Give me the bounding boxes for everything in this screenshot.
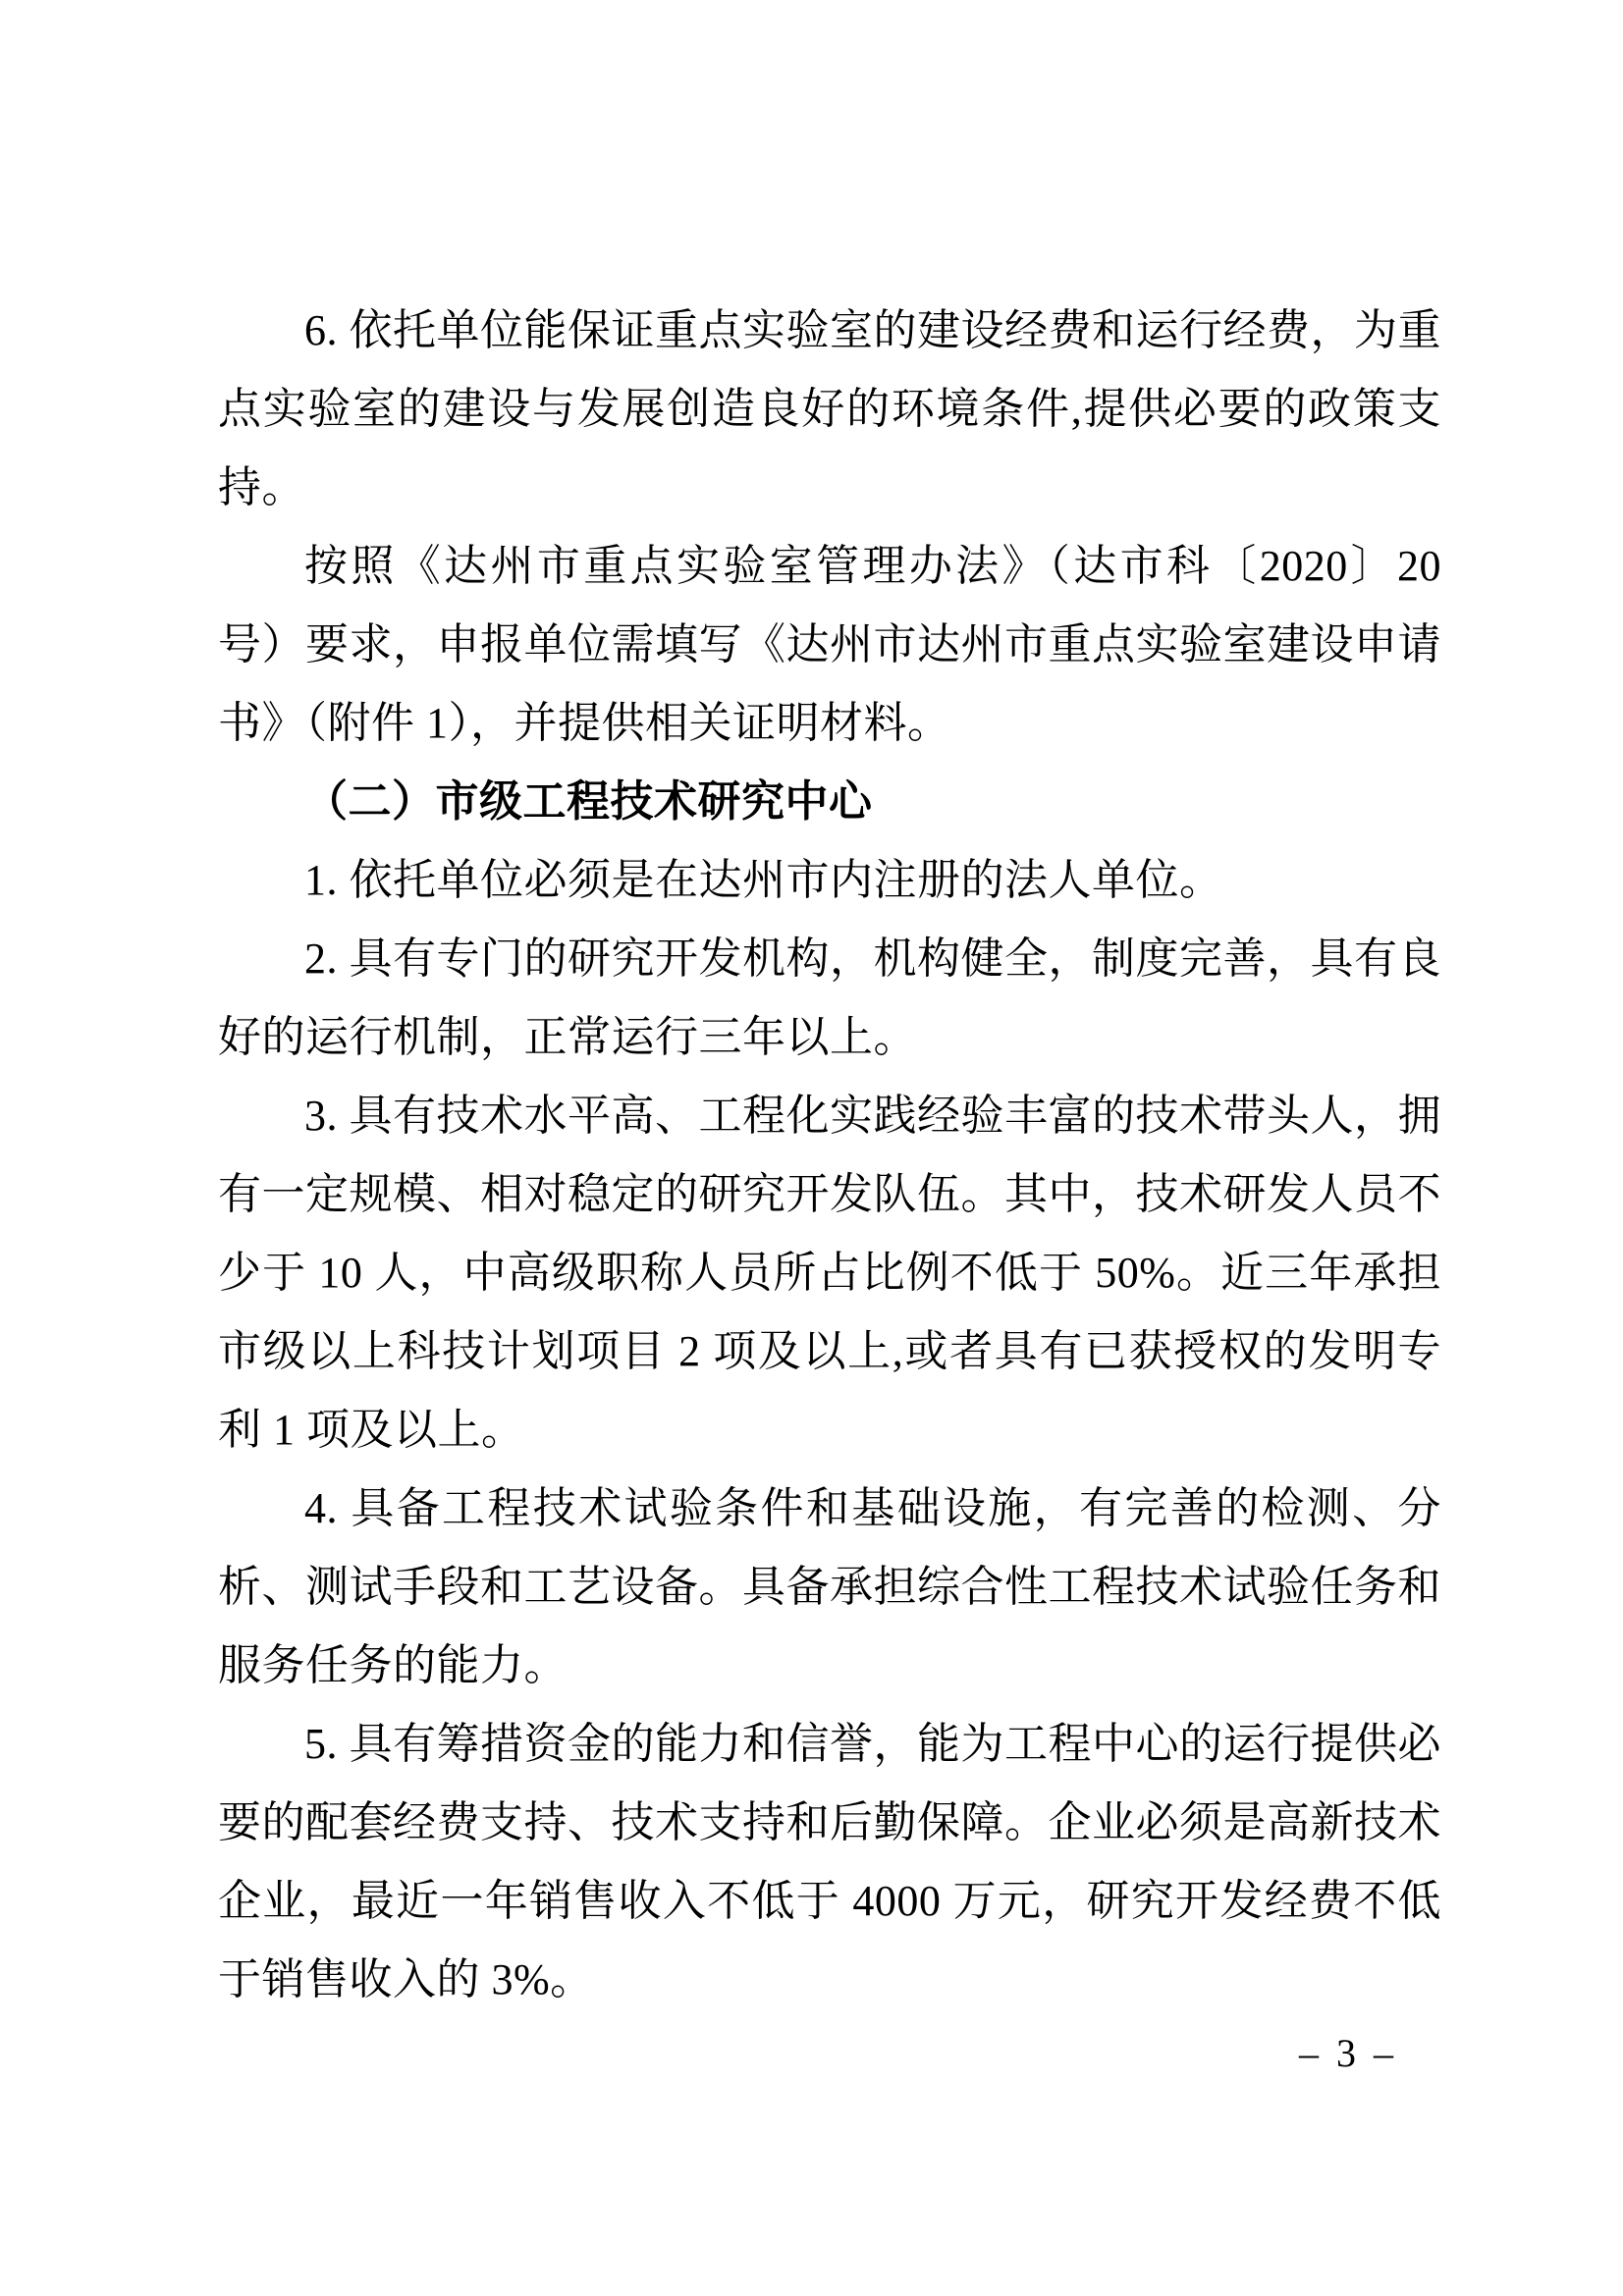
document-content: 6. 依托单位能保证重点实验室的建设经费和运行经费，为重点实验室的建设与发展创造… (218, 292, 1441, 2019)
paragraph-item-3: 3. 具有技术水平高、工程化实践经验丰富的技术带头人，拥有一定规模、相对稳定的研… (218, 1077, 1441, 1469)
document-page: 6. 依托单位能保证重点实验室的建设经费和运行经费，为重点实验室的建设与发展创造… (0, 0, 1623, 2296)
paragraph-clause-6: 6. 依托单位能保证重点实验室的建设经费和运行经费，为重点实验室的建设与发展创造… (218, 292, 1441, 527)
section-heading-engineering-center: （二）市级工程技术研究中心 (218, 763, 1441, 841)
paragraph-item-1: 1. 依托单位必须是在达州市内注册的法人单位。 (218, 841, 1441, 920)
paragraph-item-4: 4. 具备工程技术试验条件和基础设施，有完善的检测、分析、测试手段和工艺设备。具… (218, 1469, 1441, 1705)
paragraph-application-requirement: 按照《达州市重点实验室管理办法》（达市科〔2020〕20号）要求，申报单位需填写… (218, 527, 1441, 763)
page-number: – 3 – (1299, 2030, 1397, 2077)
paragraph-item-2: 2. 具有专门的研究开发机构，机构健全，制度完善，具有良好的运行机制，正常运行三… (218, 920, 1441, 1077)
paragraph-item-5: 5. 具有筹措资金的能力和信誉，能为工程中心的运行提供必要的配套经费支持、技术支… (218, 1705, 1441, 2019)
